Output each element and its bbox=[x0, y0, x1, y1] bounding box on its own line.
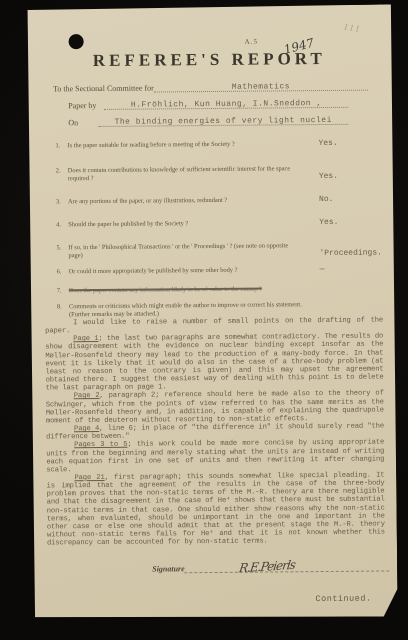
question-answer: 'Proceedings. bbox=[319, 249, 371, 257]
committee-line: To the Sectional Committee for Mathemati… bbox=[53, 81, 368, 94]
question-number: 6. bbox=[57, 268, 69, 276]
question-text: Is the paper suitable for reading before… bbox=[68, 140, 319, 150]
hole-punch bbox=[69, 34, 84, 49]
on-label: On bbox=[68, 118, 78, 127]
question-text: Are any portions of the paper, or any il… bbox=[68, 196, 319, 206]
paper-authors: H.Fröhlich, Kun Huang, I.N.Sneddon , bbox=[131, 99, 322, 110]
question-text: Comments or criticisms which might enabl… bbox=[69, 301, 320, 318]
question-answer: No. bbox=[319, 196, 371, 204]
comment-paragraph: Page 2, paragraph 2; reference should he… bbox=[46, 390, 384, 426]
question-text: Or could it more appropriately be publis… bbox=[69, 266, 320, 276]
page-title: REFEREE'S REPORT bbox=[26, 48, 393, 71]
question-text: Does it contain contributions to knowled… bbox=[68, 165, 319, 182]
question-answer: Yes. bbox=[319, 219, 371, 227]
committee-value: Mathematics bbox=[232, 82, 290, 92]
paper-by-line: Paper by H.Fröhlich, Kun Huang, I.N.Sned… bbox=[68, 98, 348, 110]
question-answer: — bbox=[320, 266, 372, 274]
question-answer: Yes. bbox=[319, 172, 371, 180]
question-row: 2. Does it contain contributions to know… bbox=[56, 165, 371, 183]
signature-label: Signature bbox=[152, 564, 185, 573]
question-number: 4. bbox=[56, 221, 68, 229]
question-answer bbox=[320, 285, 372, 293]
question-row: 5. If so, in the ' Philosophical Transac… bbox=[56, 242, 371, 260]
question-row: 1. Is the paper suitable for reading bef… bbox=[56, 140, 371, 150]
comment-paragraph: Page 21, first paragraph; this sounds so… bbox=[46, 471, 385, 547]
referee-report-page: 111 A.5 REFEREE'S REPORT 1947 To the Sec… bbox=[25, 4, 397, 619]
on-line: On The binding energies of very light nu… bbox=[68, 115, 348, 127]
comment-paragraph: Page 1; the last two paragraphs are some… bbox=[45, 333, 383, 393]
question-row-deleted: 7. Does the paper contain any informatio… bbox=[57, 285, 372, 295]
scanned-document: 111 A.5 REFEREE'S REPORT 1947 To the Sec… bbox=[0, 0, 408, 640]
signature-field: R.E.Peierls bbox=[185, 570, 390, 573]
question-number: 5. bbox=[56, 244, 68, 259]
committee-label: To the Sectional Committee for bbox=[53, 83, 154, 93]
paper-by-field: H.Fröhlich, Kun Huang, I.N.Sneddon , bbox=[104, 98, 348, 110]
comment-paragraph: Pages 3 to 5; this work could be made mo… bbox=[46, 439, 384, 475]
question-text: Does the paper contain any information l… bbox=[69, 285, 320, 295]
paper-by-label: Paper by bbox=[68, 101, 96, 110]
form-code: A.5 bbox=[245, 38, 258, 46]
question-row: 4. Should the paper be published by the … bbox=[56, 219, 371, 229]
question-answer bbox=[320, 301, 372, 317]
question-row: 6. Or could it more appropriately be pub… bbox=[57, 266, 372, 276]
question-row: 3. Are any portions of the paper, or any… bbox=[56, 196, 371, 206]
committee-field: Mathematics bbox=[154, 81, 368, 93]
question-answer: Yes. bbox=[319, 140, 371, 148]
question-number: 8. bbox=[57, 303, 69, 318]
question-text: Should the paper be published by the Soc… bbox=[68, 219, 319, 229]
paper-title: The binding energies of very light nucle… bbox=[115, 116, 332, 127]
continued-note: Continued. bbox=[315, 594, 371, 604]
signature-handwriting: R.E.Peierls bbox=[239, 558, 297, 576]
question-number: 2. bbox=[56, 167, 68, 182]
on-field: The binding energies of very light nucle… bbox=[98, 115, 348, 127]
question-number: 3. bbox=[56, 198, 68, 206]
question-text: If so, in the ' Philosophical Transactio… bbox=[68, 242, 319, 259]
referee-comments: I would like to raise a number of small … bbox=[45, 317, 385, 548]
question-number: 1. bbox=[56, 142, 68, 150]
archive-page-number: 111 bbox=[343, 22, 362, 34]
signature-row: Signature R.E.Peierls bbox=[152, 562, 390, 573]
question-number: 7. bbox=[57, 287, 69, 295]
question-row: 8. Comments or criticisms which might en… bbox=[57, 301, 372, 319]
